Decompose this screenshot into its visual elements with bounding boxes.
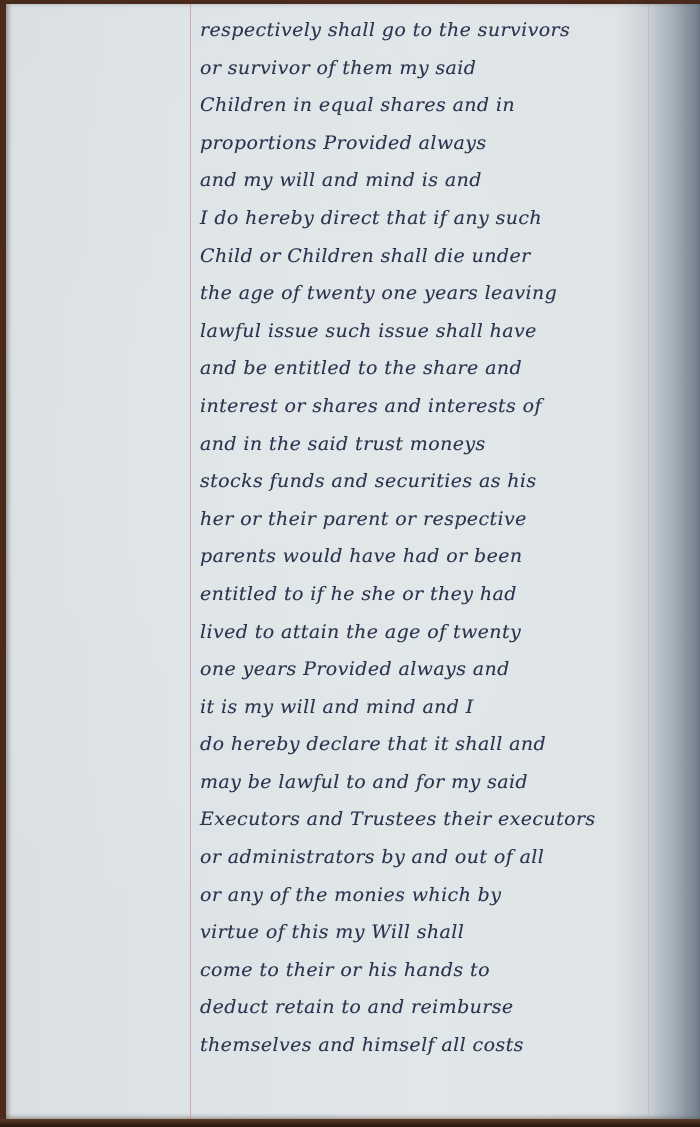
text-line: entitled to if he she or they had (200, 576, 650, 614)
text-line: do hereby declare that it shall and (200, 726, 650, 764)
text-line: respectively shall go to the survivors (200, 12, 650, 50)
text-line: or survivor of them my said (200, 50, 650, 88)
text-line: it is my will and mind and I (200, 689, 650, 727)
text-line: themselves and himself all costs (200, 1027, 650, 1065)
left-margin (6, 4, 190, 1120)
text-line: lived to attain the age of twenty (200, 614, 650, 652)
text-line: or any of the monies which by (200, 877, 650, 915)
text-line: proportions Provided always (200, 125, 650, 163)
text-line: I do hereby direct that if any such (200, 200, 650, 238)
text-line: stocks funds and securities as his (200, 463, 650, 501)
text-line: her or their parent or respective (200, 501, 650, 539)
text-line: or administrators by and out of all (200, 839, 650, 877)
text-line: parents would have had or been (200, 538, 650, 576)
handwritten-text-body: respectively shall go to the survivors o… (200, 12, 650, 1065)
document-page: respectively shall go to the survivors o… (6, 4, 700, 1120)
text-line: and my will and mind is and (200, 162, 650, 200)
text-line: one years Provided always and (200, 651, 650, 689)
text-line: virtue of this my Will shall (200, 914, 650, 952)
left-margin-rule (190, 4, 191, 1120)
page-curl-shadow (650, 4, 700, 1120)
text-line: may be lawful to and for my said (200, 764, 650, 802)
text-line: and be entitled to the share and (200, 350, 650, 388)
text-line: and in the said trust moneys (200, 426, 650, 464)
text-line: interest or shares and interests of (200, 388, 650, 426)
text-line: Children in equal shares and in (200, 87, 650, 125)
text-line: the age of twenty one years leaving (200, 275, 650, 313)
text-line: deduct retain to and reimburse (200, 989, 650, 1027)
text-line: come to their or his hands to (200, 952, 650, 990)
text-line: lawful issue such issue shall have (200, 313, 650, 351)
scan-frame: respectively shall go to the survivors o… (0, 0, 700, 1127)
binding-edge (0, 1119, 700, 1127)
text-line: Executors and Trustees their executors (200, 801, 650, 839)
text-line: Child or Children shall die under (200, 238, 650, 276)
